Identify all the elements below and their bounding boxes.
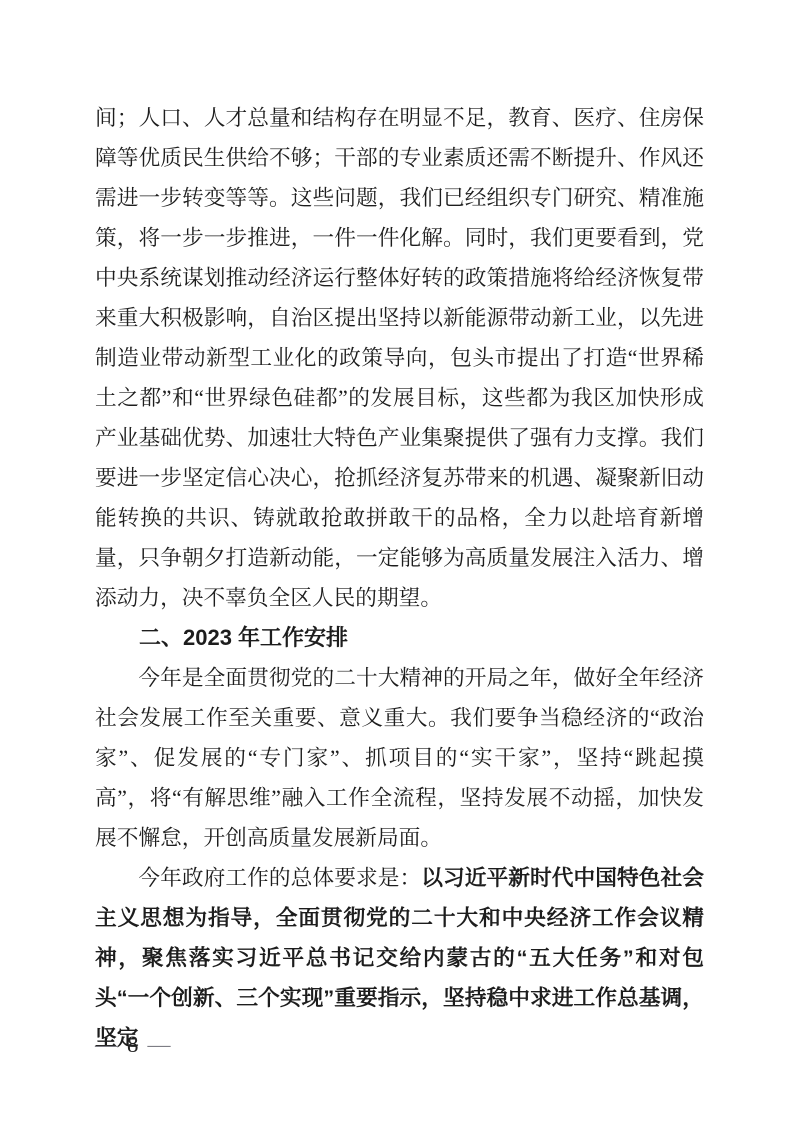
work-overview-paragraph: 今年是全面贯彻党的二十大精神的开局之年，做好全年经济社会发展工作至关重要、意义重… xyxy=(95,658,704,858)
page-footer: — 8 — xyxy=(95,1031,171,1059)
section-heading: 二、2023 年工作安排 xyxy=(95,618,704,658)
page-body: 间；人口、人才总量和结构存在明显不足，教育、医疗、住房保障等优质民生供给不够；干… xyxy=(95,98,704,1058)
footer-page-number: 8 xyxy=(127,1031,139,1059)
document-page: 间；人口、人才总量和结构存在明显不足，教育、医疗、住房保障等优质民生供给不够；干… xyxy=(0,0,793,1122)
continuation-paragraph: 间；人口、人才总量和结构存在明显不足，教育、医疗、住房保障等优质民生供给不够；干… xyxy=(95,98,704,618)
requirements-lead-text: 今年政府工作的总体要求是： xyxy=(138,866,421,890)
requirements-emphasis-text: 以习近平新时代中国特色社会主义思想为指导，全面贯彻党的二十大和中央经济工作会议精… xyxy=(95,865,704,1050)
footer-dash-left: — xyxy=(95,1031,118,1059)
footer-dash-right: — xyxy=(148,1031,171,1059)
overall-requirements-paragraph: 今年政府工作的总体要求是：以习近平新时代中国特色社会主义思想为指导，全面贯彻党的… xyxy=(95,858,704,1058)
